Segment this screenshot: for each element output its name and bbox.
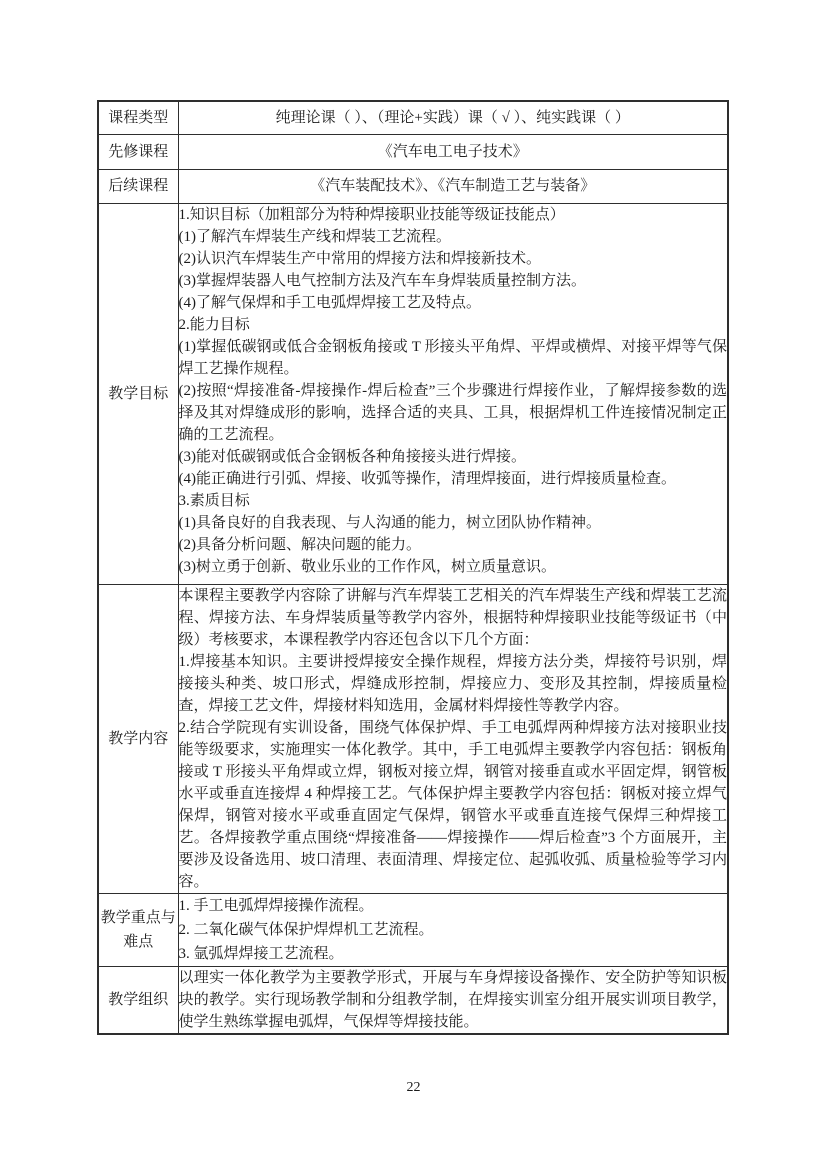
paragraph: 1.知识目标（加粗部分为特种焊接职业技能等级证技能点） — [179, 204, 728, 226]
row-key-points: 教学重点与难点 1. 手工电弧焊焊接操作流程。 2. 二氧化碳气体保护焊焊机工艺… — [98, 893, 728, 966]
organization-label: 教学组织 — [98, 966, 178, 1034]
paragraph: (1)具备良好的自我表现、与人沟通的能力，树立团队协作精神。 — [179, 512, 728, 534]
paragraph: (3)树立勇于创新、敬业乐业的工作作风，树立质量意识。 — [179, 556, 728, 578]
row-teaching-content: 教学内容 本课程主要教学内容除了讲解与汽车焊装工艺相关的汽车焊装生产线和焊装工艺… — [98, 584, 728, 893]
paragraph: 本课程主要教学内容除了讲解与汽车焊装工艺相关的汽车焊装生产线和焊装工艺流程、焊接… — [179, 585, 728, 651]
subsequent-value: 《汽车装配技术》、《汽车制造工艺与装备》 — [178, 169, 728, 203]
objectives-content: 1.知识目标（加粗部分为特种焊接职业技能等级证技能点） (1)了解汽车焊装生产线… — [178, 203, 728, 584]
paragraph: (1)了解汽车焊装生产线和焊装工艺流程。 — [179, 226, 728, 248]
document-page: 课程类型 纯理论课（ ）、（理论+实践）课（ √ ）、纯实践课（ ） 先修课程 … — [0, 0, 827, 1170]
paragraph: 1.焊接基本知识。主要讲授焊接安全操作规程，焊接方法分类，焊接符号识别，焊接接头… — [179, 651, 728, 717]
paragraph: 以理实一体化教学为主要教学形式，开展与车身焊接设备操作、安全防护等知识板块的教学… — [179, 967, 728, 1033]
subsequent-label: 后续课程 — [98, 169, 178, 203]
page-number: 22 — [0, 1080, 827, 1096]
paragraph: 2. 二氧化碳气体保护焊焊机工艺流程。 — [179, 918, 728, 942]
organization-content: 以理实一体化教学为主要教学形式，开展与车身焊接设备操作、安全防护等知识板块的教学… — [178, 966, 728, 1034]
course-type-value: 纯理论课（ ）、（理论+实践）课（ √ ）、纯实践课（ ） — [178, 101, 728, 134]
prerequisite-label: 先修课程 — [98, 134, 178, 169]
key-points-content: 1. 手工电弧焊焊接操作流程。 2. 二氧化碳气体保护焊焊机工艺流程。 3. 氩… — [178, 893, 728, 966]
paragraph: (1)掌握低碳钢或低合金钢板角接或 T 形接头平角焊、平焊或横焊、对接平焊等气保… — [179, 336, 728, 380]
paragraph: (3)掌握焊装器人电气控制方法及汽车车身焊装质量控制方法。 — [179, 270, 728, 292]
row-subsequent-course: 后续课程 《汽车装配技术》、《汽车制造工艺与装备》 — [98, 169, 728, 203]
prerequisite-value: 《汽车电工电子技术》 — [178, 134, 728, 169]
paragraph: 1. 手工电弧焊焊接操作流程。 — [179, 894, 728, 918]
row-prerequisite-course: 先修课程 《汽车电工电子技术》 — [98, 134, 728, 169]
paragraph: (4)了解气保焊和手工电弧焊焊接工艺及特点。 — [179, 292, 728, 314]
paragraph: 3.素质目标 — [179, 490, 728, 512]
paragraph: 2.结合学院现有实训设备，围绕气体保护焊、手工电弧焊两种焊接方法对接职业技能等级… — [179, 717, 728, 893]
paragraph: 3. 氩弧焊焊接工艺流程。 — [179, 942, 728, 966]
content-label: 教学内容 — [98, 584, 178, 893]
row-teaching-organization: 教学组织 以理实一体化教学为主要教学形式，开展与车身焊接设备操作、安全防护等知识… — [98, 966, 728, 1034]
course-info-table: 课程类型 纯理论课（ ）、（理论+实践）课（ √ ）、纯实践课（ ） 先修课程 … — [97, 100, 729, 1035]
row-teaching-objectives: 教学目标 1.知识目标（加粗部分为特种焊接职业技能等级证技能点） (1)了解汽车… — [98, 203, 728, 584]
paragraph: 2.能力目标 — [179, 314, 728, 336]
paragraph: (3)能对低碳钢或低合金钢板各种角接接头进行焊接。 — [179, 446, 728, 468]
paragraph: (2)具备分析问题、解决问题的能力。 — [179, 534, 728, 556]
row-course-type: 课程类型 纯理论课（ ）、（理论+实践）课（ √ ）、纯实践课（ ） — [98, 101, 728, 134]
paragraph: (4)能正确进行引弧、焊接、收弧等操作，清理焊接面，进行焊接质量检查。 — [179, 468, 728, 490]
paragraph: (2)按照“焊接准备-焊接操作-焊后检查”三个步骤进行焊接作业，了解焊接参数的选… — [179, 380, 728, 446]
paragraph: (2)认识汽车焊装生产中常用的焊接方法和焊接新技术。 — [179, 248, 728, 270]
content-content: 本课程主要教学内容除了讲解与汽车焊装工艺相关的汽车焊装生产线和焊装工艺流程、焊接… — [178, 584, 728, 893]
course-type-label: 课程类型 — [98, 101, 178, 134]
key-points-label: 教学重点与难点 — [98, 893, 178, 966]
objectives-label: 教学目标 — [98, 203, 178, 584]
